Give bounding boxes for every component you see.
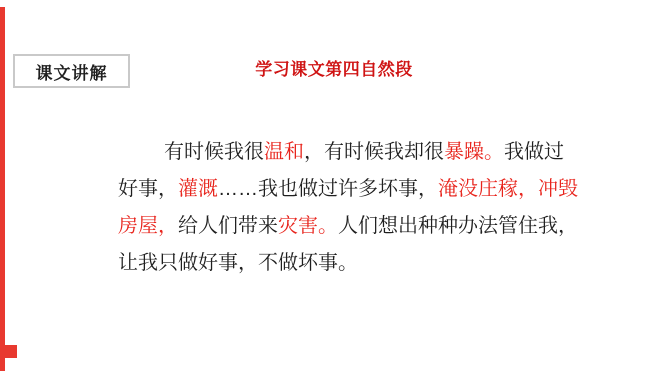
body-line: 让我只做好事，不做坏事。 <box>118 245 558 282</box>
highlighted-text: 灾害。 <box>278 215 338 237</box>
text-segment: 给人们带来 <box>178 215 278 237</box>
highlighted-text: 暴躁。 <box>444 141 504 163</box>
corner-accent-square <box>4 345 17 358</box>
body-text: 有时候我很温和，有时候我却很暴躁。我做过好事，灌溉……我也做过许多坏事，淹没庄稼… <box>118 134 558 282</box>
highlighted-text: 房屋， <box>118 215 178 237</box>
text-segment: 好事， <box>118 178 178 200</box>
body-line: 有时候我很温和，有时候我却很暴躁。我做过 <box>118 134 558 171</box>
slide-title: 学习课文第四自然段 <box>0 55 668 80</box>
highlighted-text: 淹没庄稼，冲毁 <box>438 178 578 200</box>
highlighted-text: 灌溉 <box>178 178 218 200</box>
text-segment: 有时候我很 <box>164 141 264 163</box>
text-segment: 让我只做好事，不做坏事。 <box>118 252 358 274</box>
body-line: 房屋，给人们带来灾害。人们想出种种办法管住我， <box>118 208 558 245</box>
highlighted-text: 温和 <box>264 141 304 163</box>
text-segment: ……我也做过许多坏事， <box>218 178 438 200</box>
body-line: 好事，灌溉……我也做过许多坏事，淹没庄稼，冲毁 <box>118 171 558 208</box>
presentation-slide: 课文讲解 学习课文第四自然段 有时候我很温和，有时候我却很暴躁。我做过好事，灌溉… <box>0 0 668 376</box>
text-segment: 我做过 <box>504 141 564 163</box>
text-segment: 人们想出种种办法管住我， <box>338 215 578 237</box>
text-segment: ，有时候我却很 <box>304 141 444 163</box>
